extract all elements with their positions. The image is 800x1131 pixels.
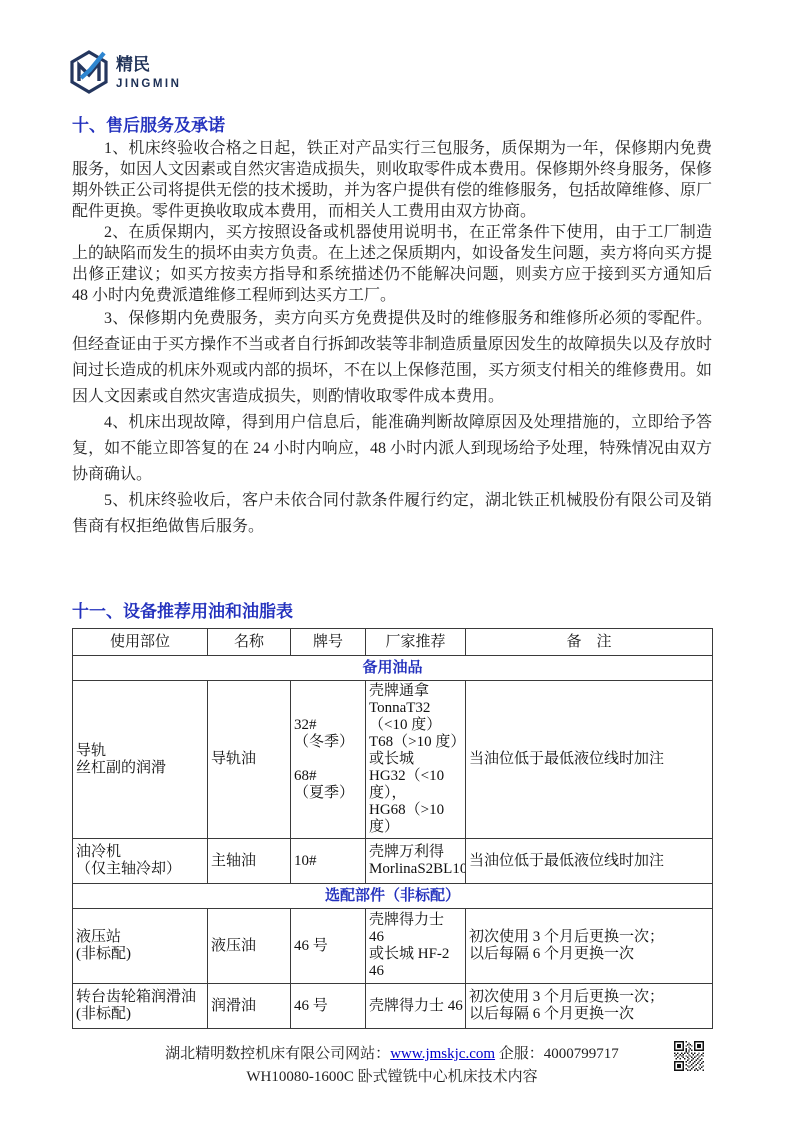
section10-heading: 十、售后服务及承诺 [72,114,712,138]
cell-remark: 当油位低于最低液位线时加注 [466,681,713,839]
logo-text-cn: 精民 [116,55,150,74]
cell-brand: 壳牌得力士 46 [366,984,466,1029]
cell-name: 导轨油 [208,681,291,839]
cell-remark: 初次使用 3 个月后更换一次； 以后每隔 6 个月更换一次 [466,984,713,1029]
qr-code-icon [674,1041,704,1071]
cell-brand: 壳牌通拿 TonnaT32 （<10 度） T68（>10 度） 或长城 HG3… [366,681,466,839]
cell-brand: 壳牌得力士 46 或长城 HF-2 46 [366,909,466,984]
cell-grade: 46 号 [291,984,366,1029]
cell-brand: 壳牌万利得 MorlinaS2BL10 [366,839,466,884]
footer-line1: 湖北精明数控机床有限公司网站：www.jmskjc.com 企服：4000799… [72,1043,712,1066]
table-row: 导轨 丝杠副的润滑 导轨油 32# （冬季） 68# （夏季） 壳牌通拿 Ton… [73,681,713,839]
cell-name: 液压油 [208,909,291,984]
table-row: 油冷机 （仅主轴冷却） 主轴油 10# 壳牌万利得 MorlinaS2BL10 … [73,839,713,884]
footer-service-phone: 企服：4000799717 [495,1046,619,1062]
col-header-brand: 厂家推荐 [366,629,466,656]
cell-grade: 46 号 [291,909,366,984]
section-row-spare-oil: 备用油品 [73,656,713,681]
table-row: 转台齿轮箱润滑油 (非标配) 润滑油 46 号 壳牌得力士 46 初次使用 3 … [73,984,713,1029]
company-logo: 精民 JINGMIN [64,44,712,98]
cell-remark: 初次使用 3 个月后更换一次； 以后每隔 6 个月更换一次 [466,909,713,984]
col-header-name: 名称 [208,629,291,656]
section-row-optional-parts: 选配部件（非标配） [73,884,713,909]
col-header-part: 使用部位 [73,629,208,656]
paragraph-5: 5、机床终验收后，客户未依合同付款条件履行约定，湖北铁正机械股份有限公司及销售商… [72,488,712,540]
logo-text-en: JINGMIN [116,78,181,90]
document-page: 精民 JINGMIN 十、售后服务及承诺 1、机床终验收合格之日起，铁正对产品实… [0,0,800,1131]
footer-company-text: 湖北精明数控机床有限公司网站： [165,1046,390,1062]
col-header-grade: 牌号 [291,629,366,656]
paragraph-3: 3、保修期内免费服务，卖方向买方免费提供及时的维修服务和维修所必须的零配件。但经… [72,306,712,410]
cell-part: 液压站 (非标配) [73,909,208,984]
table-row: 液压站 (非标配) 液压油 46 号 壳牌得力士 46 或长城 HF-2 46 … [73,909,713,984]
cell-grade: 10# [291,839,366,884]
section11-heading: 十一、设备推荐用油和油脂表 [72,600,712,624]
paragraph-4: 4、机床出现故障，得到用户信息后，能准确判断故障原因及处理措施的，立即给予答复，… [72,410,712,488]
cell-name: 润滑油 [208,984,291,1029]
table-header-row: 使用部位 名称 牌号 厂家推荐 备 注 [73,629,713,656]
footer-line2: WH10080-1600C 卧式镗铣中心机床技术内容 [72,1066,712,1089]
website-link[interactable]: www.jmskjc.com [390,1046,495,1062]
paragraph-2: 2、在质保期内，买方按照设备或机器使用说明书，在正常条件下使用，由于工厂制造上的… [72,222,712,306]
col-header-remark: 备 注 [466,629,713,656]
cell-grade: 32# （冬季） 68# （夏季） [291,681,366,839]
cell-part: 油冷机 （仅主轴冷却） [73,839,208,884]
jingmin-logo-graphic: 精民 JINGMIN [64,44,214,98]
paragraph-1: 1、机床终验收合格之日起，铁正对产品实行三包服务，质保期为一年，保修期内免费服务… [72,138,712,222]
oil-recommendation-table: 使用部位 名称 牌号 厂家推荐 备 注 备用油品 导轨 丝杠副的润滑 导轨油 3… [72,628,713,1029]
section-label: 选配部件（非标配） [73,884,713,909]
section-label: 备用油品 [73,656,713,681]
cell-part: 转台齿轮箱润滑油 (非标配) [73,984,208,1029]
cell-name: 主轴油 [208,839,291,884]
page-footer: 湖北精明数控机床有限公司网站：www.jmskjc.com 企服：4000799… [72,1043,712,1089]
cell-remark: 当油位低于最低液位线时加注 [466,839,713,884]
cell-part: 导轨 丝杠副的润滑 [73,681,208,839]
